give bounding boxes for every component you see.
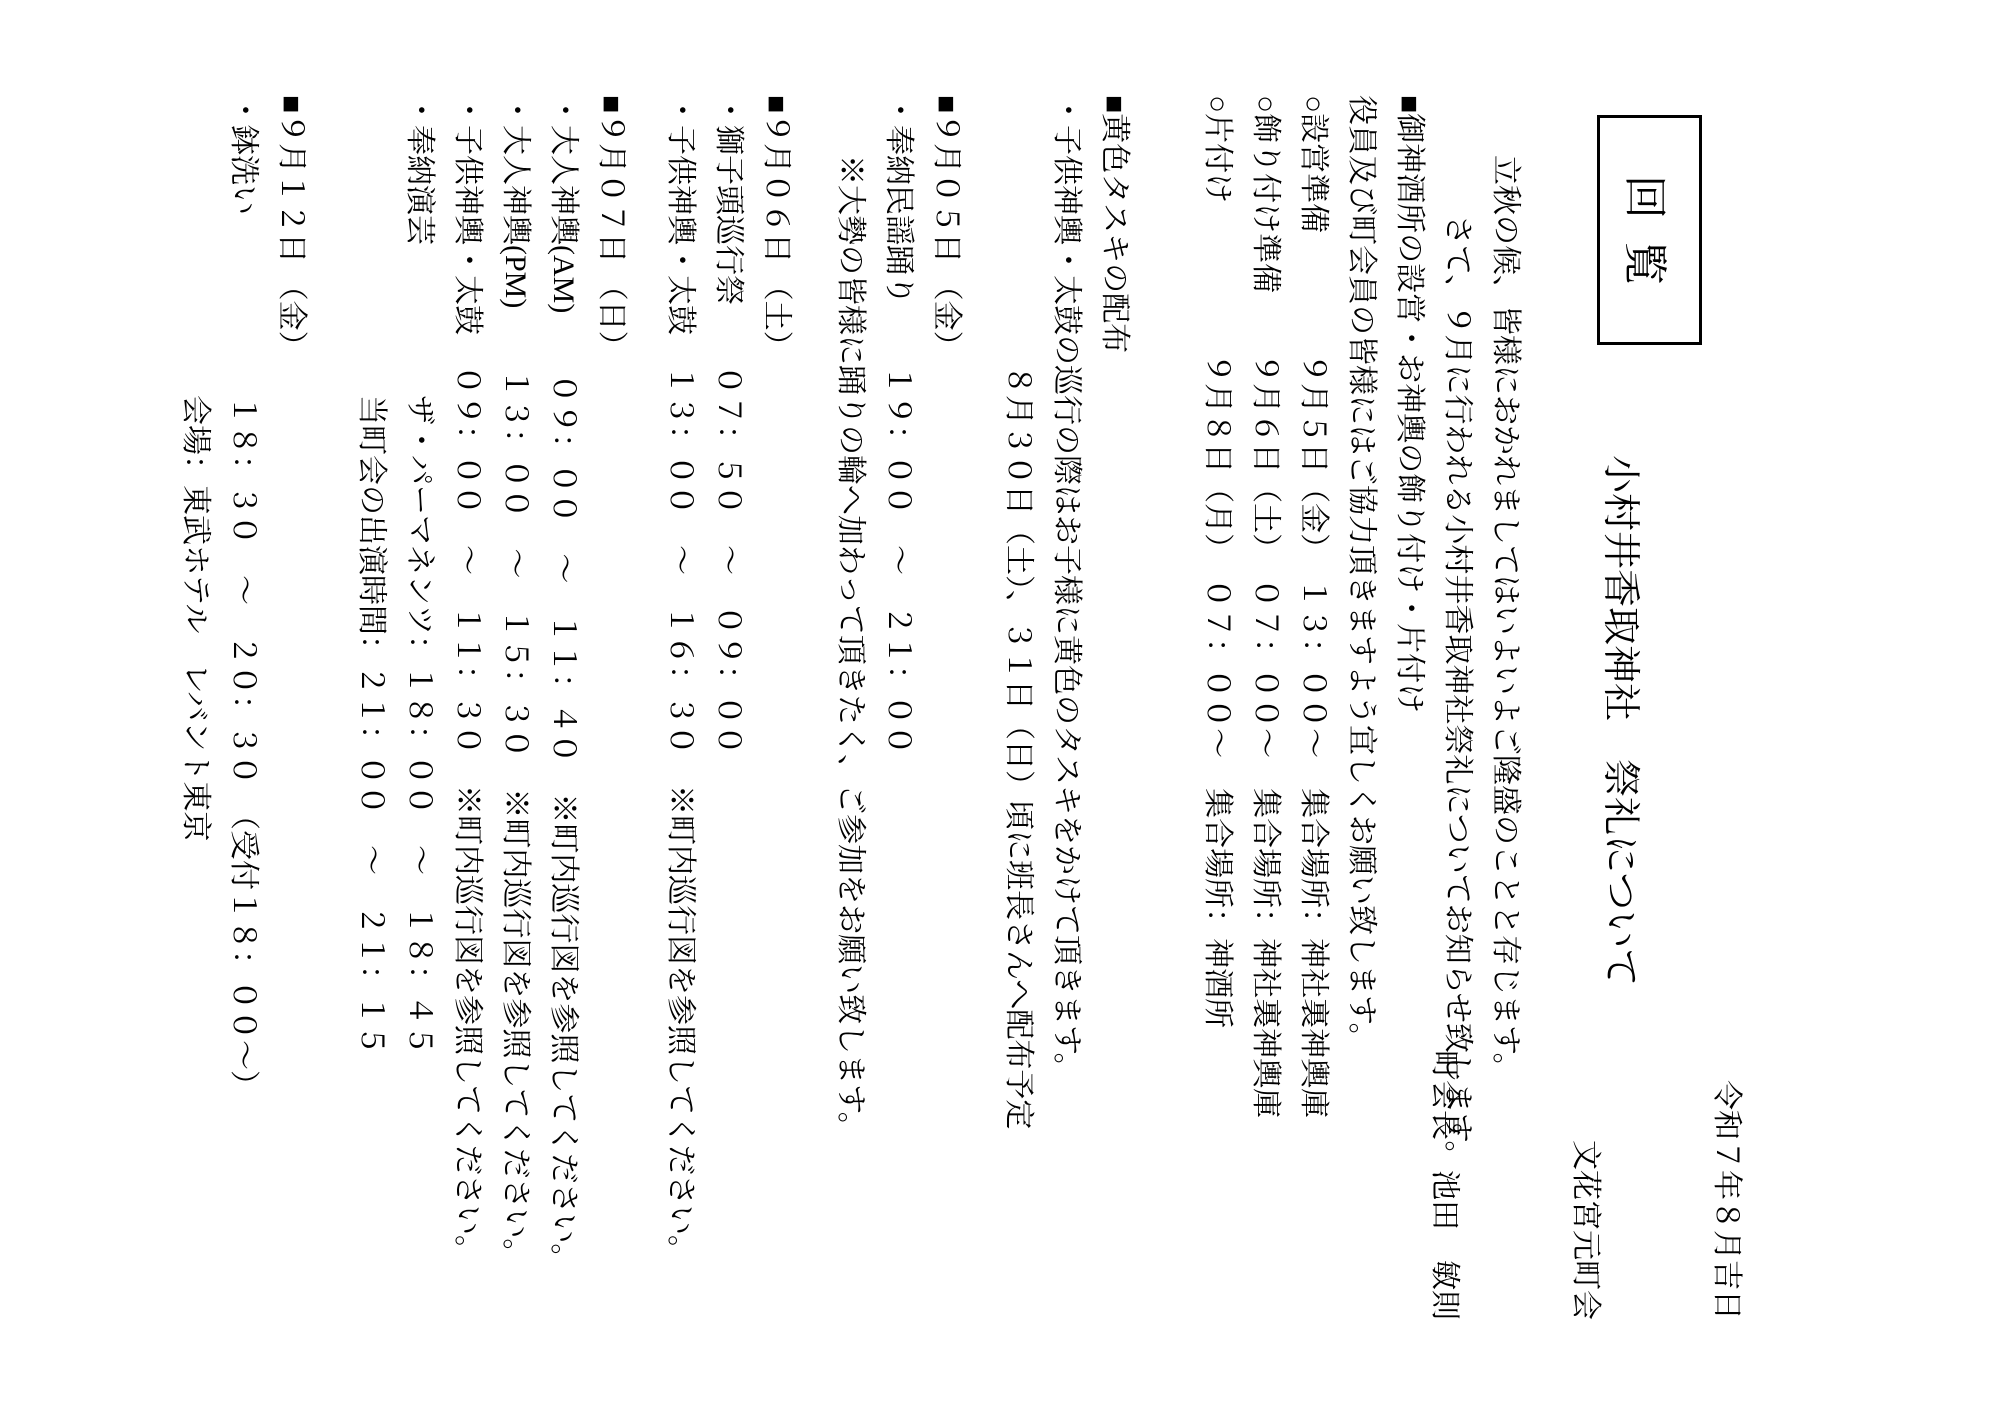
notice-body: 立秋の候、皆様におかれましてはいよいよご隆盛のことと存じます。 さて、９月に行わ…	[171, 95, 1529, 1273]
notice-line: 当町会の出演時間：２１：００ ～ ２１：１５	[347, 95, 395, 1273]
issued-organization: 文花宮元町会	[1562, 1050, 1609, 1320]
kairan-label: 回覧	[1618, 175, 1682, 307]
notice-line: ■９月１２日 （金）	[267, 95, 315, 1273]
notice-title: 小村井香取神社 祭礼について	[1597, 455, 1652, 986]
notice-line: ・獅子頭巡行祭 ０７：５０ ～ ０９：００	[704, 95, 752, 1273]
notice-line: ・鉢洗い １８：３０ ～ ２０：３０ （受付１８：００～）	[219, 95, 267, 1273]
document-page: 令和７年８月吉日 文花宮元町会 町会長 池田 敏則 回覧 小村井香取神社 祭礼に…	[0, 0, 2014, 1418]
notice-line: ・奉納演芸 ザ・パーマネンツ：１８：００ ～ １８：４５	[395, 95, 443, 1273]
notice-line: ■黄色タスキの配布	[1090, 95, 1138, 1273]
notice-line: ・子供神輿・太鼓 ０９：００ ～ １１：３０ ※町内巡行図を参照してください。	[443, 95, 491, 1273]
notice-line: ○飾り付け準備 ９月６日（土） ０７：００～ 集合場所：神社裏神輿庫	[1241, 95, 1289, 1273]
notice-line: ・子供神輿・太鼓 １３：００ ～ １６：３０ ※町内巡行図を参照してください。	[656, 95, 704, 1273]
notice-line: ■９月０６日 （土）	[752, 95, 800, 1273]
notice-line: ■９月０５日 （金）	[922, 95, 970, 1273]
notice-line: ○設営準備 ９月５日（金） １３：００～ 集合場所：神社裏神輿庫	[1289, 95, 1337, 1273]
notice-line: ・子供神輿・太鼓の巡行の際はお子様に黄色のタスキをかけて頂きます。	[1042, 95, 1090, 1273]
notice-line: 会場：東武ホテル レバント東京	[171, 95, 219, 1273]
notice-line: ■９月０７日 （日）	[587, 95, 635, 1273]
issued-date: 令和７年８月吉日	[1703, 1050, 1750, 1320]
notice-line: ・大人神輿(AM) ０９：００ ～ １１：４０ ※町内巡行図を参照してください。	[539, 95, 587, 1273]
notice-line: 役員及び町会員の皆様にはご協力頂きますよう宜しくお願い致します。	[1337, 95, 1385, 1273]
notice-line: ○片付け ９月８日（月） ０７：００～ 集合場所：神酒所	[1193, 95, 1241, 1273]
notice-line: ・大人神輿(PM) １３：００ ～ １５：３０ ※町内巡行図を参照してください。	[491, 95, 539, 1273]
notice-line: 立秋の候、皆様におかれましてはいよいよご隆盛のことと存じます。	[1481, 95, 1529, 1273]
notice-line: ・奉納民謡踊り １９：００ ～ ２１：００	[874, 95, 922, 1273]
notice-line: ８月３０日（土）、３１日（日）頃に班長さんへ配布予定	[994, 95, 1042, 1273]
notice-line: ■御神酒所の設営・お神輿の飾り付け・片付け	[1385, 95, 1433, 1273]
notice-line: ※大勢の皆様に踊りの輪へ加わって頂きたく、ご参加をお願い致します。	[826, 95, 874, 1273]
notice-sheet: 令和７年８月吉日 文花宮元町会 町会長 池田 敏則 回覧 小村井香取神社 祭礼に…	[0, 0, 2014, 1418]
kairan-stamp-box: 回覧	[1597, 115, 1702, 345]
notice-line: さて、９月に行われる小村井香取神社祭礼についてお知らせ致します。	[1433, 95, 1481, 1273]
